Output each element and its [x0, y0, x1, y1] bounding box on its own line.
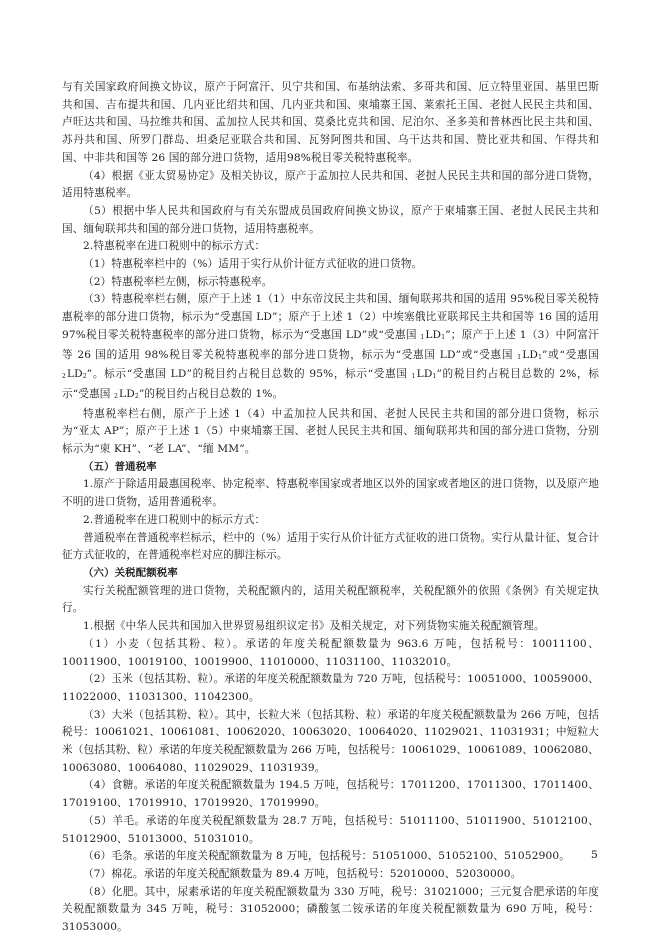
paragraph-marking-1: （1）特惠税率栏中的（%）适用于实行从价计征方式征收的进口货物。 [62, 256, 599, 274]
document-page: 与有关国家政府间换文协议，原产于阿富汗、贝宁共和国、布基纳法索、多哥共和国、厄立… [62, 79, 599, 936]
paragraph-general-rate-2: 2.普通税率在进口税则中的标示方式： [62, 512, 599, 530]
section-heading-tariff-quota: （六）关税配额税率 [62, 565, 599, 583]
quota-item-rice: （3）大米（包括其粉、粒）。其中，长粒大米（包括其粉、粒）承诺的年度关税配额数量… [62, 707, 599, 778]
quota-item-wheat: （1）小麦（包括其粉、粒）。承诺的年度关税配额数量为 963.6 万吨，包括税号… [62, 636, 599, 671]
page-number: 5 [591, 849, 598, 861]
quota-item-fertilizer: （8）化肥。其中，尿素承诺的年度关税配额数量为 330 万吨，税号：310210… [62, 884, 599, 936]
quota-item-corn: （2）玉米（包括其粉、粒）。承诺的年度关税配额数量为 720 万吨，包括税号：1… [62, 671, 599, 706]
quota-item-sugar: （4）食糖。承诺的年度关税配额数量为 194.5 万吨，包括税号：1701120… [62, 777, 599, 812]
paragraph-general-rate-marking: 普通税率在普通税率栏标示，栏中的（%）适用于实行从价计征方式征收的进口货物。实行… [62, 530, 599, 565]
paragraph-tariff-quota-basis: 1.根据《中华人民共和国加入世界贸易组织议定书》及相关规定，对下列货物实施关税配… [62, 618, 599, 636]
quota-item-wool: （5）羊毛。承诺的年度关税配额数量为 28.7 万吨，包括税号：51011100… [62, 813, 599, 848]
section-heading-general-rate: （五）普通税率 [62, 459, 599, 477]
paragraph-marking-2: （2）特惠税率栏左侧，标示特惠税率。 [62, 274, 599, 292]
paragraph-general-rate-1: 1.原产于除适用最惠国税率、协定税率、特惠税率国家或者地区以外的国家或者地区的进… [62, 476, 599, 511]
quota-item-cotton: （7）棉花。承诺的年度关税配额数量为 89.4 万吨，包括税号：52010000… [62, 866, 599, 884]
paragraph-apta: （4）根据《亚太贸易协定》及相关协议，原产于孟加拉人民共和国、老挝人民民主共和国… [62, 168, 599, 203]
paragraph-preferential-marking-heading: 2.特惠税率在进口税则中的标示方式： [62, 238, 599, 256]
paragraph-tariff-quota-intro: 实行关税配额管理的进口货物，关税配额内的，适用关税配额税率，关税配额外的依照《条… [62, 583, 599, 618]
paragraph-asean-exchange: （5）根据中华人民共和国政府与有关东盟成员国政府间换文协议，原产于柬埔寨王国、老… [62, 203, 599, 238]
paragraph-marking-ap: 特惠税率栏右侧，原产于上述 1（4）中孟加拉人民共和国、老挝人民民主共和国的部分… [62, 406, 599, 459]
quota-item-wool-tops: （6）毛条。承诺的年度关税配额数量为 8 万吨，包括税号：51051000、51… [62, 848, 599, 866]
paragraph-marking-3: （3）特惠税率栏右侧，原产于上述 1（1）中东帝汶民主共和国、缅甸联邦共和国的适… [62, 291, 599, 405]
paragraph-ldc-countries-98: 与有关国家政府间换文协议，原产于阿富汗、贝宁共和国、布基纳法索、多哥共和国、厄立… [62, 79, 599, 168]
